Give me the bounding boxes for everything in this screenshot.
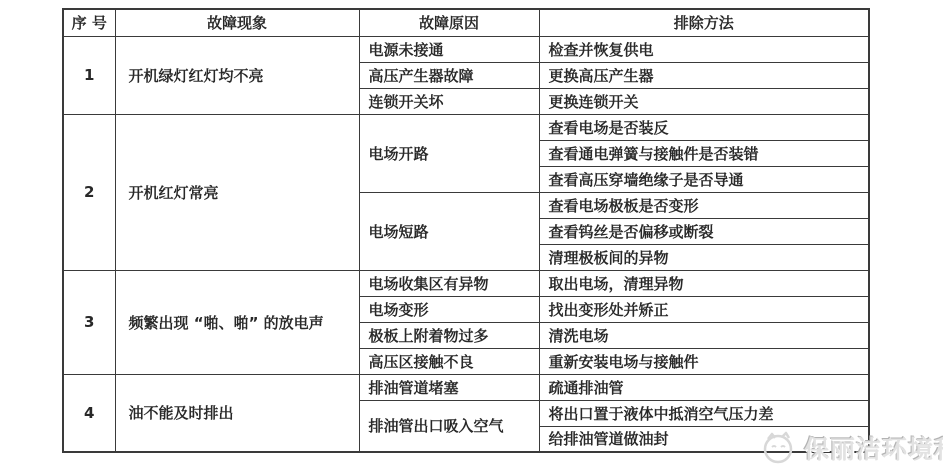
serial-no: 3 (63, 270, 115, 374)
fix-method: 检查并恢复供电 (539, 36, 869, 62)
fault-cause: 排油管出口吸入空气 (359, 400, 539, 452)
fix-method: 重新安装电场与接触件 (539, 348, 869, 374)
fix-method: 疏通排油管 (539, 374, 869, 400)
serial-no: 1 (63, 36, 115, 114)
header-fault-phenomenon: 故障现象 (115, 9, 359, 36)
header-fix-method: 排除方法 (539, 9, 869, 36)
table-row: 3 频繁出现 “啪、啪” 的放电声 电场收集区有异物 取出电场，清理异物 (63, 270, 869, 296)
fix-method: 给排油管道做油封 (539, 426, 869, 452)
fix-method: 将出口置于液体中抵消空气压力差 (539, 400, 869, 426)
fault-cause: 高压产生器故障 (359, 62, 539, 88)
fault-cause: 电场短路 (359, 192, 539, 270)
fix-method: 清理极板间的异物 (539, 244, 869, 270)
fault-cause: 电场变形 (359, 296, 539, 322)
fault-phenomenon: 开机绿灯红灯均不亮 (115, 36, 359, 114)
serial-no: 4 (63, 374, 115, 452)
troubleshooting-table: 序 号 故障现象 故障原因 排除方法 1 开机绿灯红灯均不亮 电源未接通 检查并… (62, 8, 870, 453)
fix-method: 取出电场，清理异物 (539, 270, 869, 296)
header-serial-no: 序 号 (63, 9, 115, 36)
fault-cause: 连锁开关坏 (359, 88, 539, 114)
fix-method: 清洗电场 (539, 322, 869, 348)
fault-cause: 电场收集区有异物 (359, 270, 539, 296)
serial-no: 2 (63, 114, 115, 270)
fix-method: 找出变形处并矫正 (539, 296, 869, 322)
fix-method: 查看钨丝是否偏移或断裂 (539, 218, 869, 244)
fix-method: 查看电场是否装反 (539, 114, 869, 140)
fix-method: 查看通电弹簧与接触件是否装错 (539, 140, 869, 166)
table-row: 1 开机绿灯红灯均不亮 电源未接通 检查并恢复供电 (63, 36, 869, 62)
fault-cause: 电源未接通 (359, 36, 539, 62)
fault-phenomenon: 油不能及时排出 (115, 374, 359, 452)
fault-cause: 电场开路 (359, 114, 539, 192)
header-fault-cause: 故障原因 (359, 9, 539, 36)
fix-method: 查看电场极板是否变形 (539, 192, 869, 218)
fix-method: 更换高压产生器 (539, 62, 869, 88)
fault-phenomenon: 开机红灯常亮 (115, 114, 359, 270)
fault-cause: 排油管道堵塞 (359, 374, 539, 400)
page: 序 号 故障现象 故障原因 排除方法 1 开机绿灯红灯均不亮 电源未接通 检查并… (0, 0, 943, 472)
fix-method: 查看高压穿墙绝缘子是否导通 (539, 166, 869, 192)
fault-cause: 极板上附着物过多 (359, 322, 539, 348)
fix-method: 更换连锁开关 (539, 88, 869, 114)
fault-phenomenon: 频繁出现 “啪、啪” 的放电声 (115, 270, 359, 374)
table-row: 4 油不能及时排出 排油管道堵塞 疏通排油管 (63, 374, 869, 400)
table-row: 2 开机红灯常亮 电场开路 查看电场是否装反 (63, 114, 869, 140)
table-header-row: 序 号 故障现象 故障原因 排除方法 (63, 9, 869, 36)
fault-cause: 高压区接触不良 (359, 348, 539, 374)
